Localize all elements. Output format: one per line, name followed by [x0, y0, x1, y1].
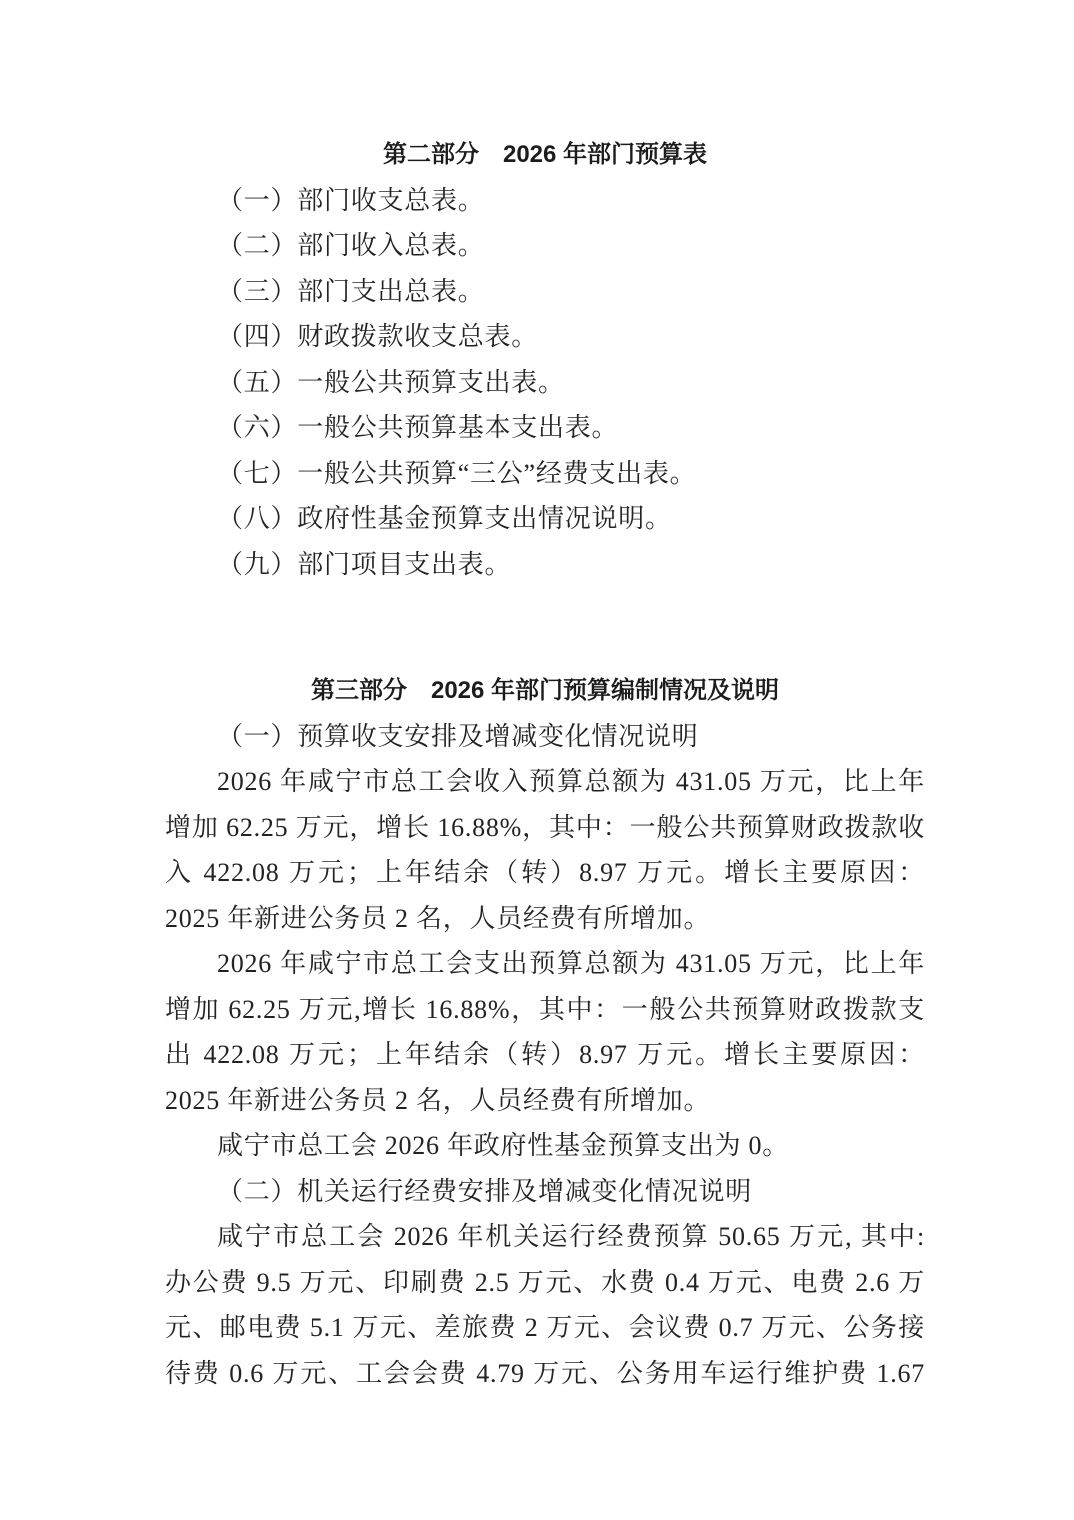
- section-part2-budget-tables: 第二部分 2026 年部门预算表 （一）部门收支总表。 （二）部门收入总表。 （…: [165, 132, 925, 587]
- part3-subheading-2: （二）机关运行经费安排及增减变化情况说明: [165, 1169, 925, 1215]
- part3-paragraph-gov-fund: 咸宁市总工会 2026 年政府性基金预算支出为 0。: [165, 1123, 925, 1169]
- part2-item-6: （六）一般公共预算基本支出表。: [165, 405, 925, 451]
- part2-item-4: （四）财政拨款收支总表。: [165, 314, 925, 360]
- document-page: 第二部分 2026 年部门预算表 （一）部门收支总表。 （二）部门收入总表。 （…: [0, 0, 1074, 1520]
- part3-paragraph-expenditure-budget: 2026 年咸宁市总工会支出预算总额为 431.05 万元，比上年增加 62.2…: [165, 941, 925, 1123]
- part3-paragraph-income-budget: 2026 年咸宁市总工会收入预算总额为 431.05 万元，比上年增加 62.2…: [165, 759, 925, 941]
- part2-item-1: （一）部门收支总表。: [165, 178, 925, 224]
- part2-item-8: （八）政府性基金预算支出情况说明。: [165, 496, 925, 542]
- part3-title: 第三部分 2026 年部门预算编制情况及说明: [165, 668, 925, 714]
- part2-item-7: （七）一般公共预算“三公”经费支出表。: [165, 451, 925, 497]
- part2-title: 第二部分 2026 年部门预算表: [165, 132, 925, 178]
- part2-item-9: （九）部门项目支出表。: [165, 542, 925, 588]
- part2-item-5: （五）一般公共预算支出表。: [165, 360, 925, 406]
- part2-item-3: （三）部门支出总表。: [165, 269, 925, 315]
- section-part3-budget-notes: 第三部分 2026 年部门预算编制情况及说明 （一）预算收支安排及增减变化情况说…: [165, 668, 925, 1396]
- part3-paragraph-operating-expenses: 咸宁市总工会 2026 年机关运行经费预算 50.65 万元, 其中: 办公费 …: [165, 1214, 925, 1396]
- part2-item-2: （二）部门收入总表。: [165, 223, 925, 269]
- part3-subheading-1: （一）预算收支安排及增减变化情况说明: [165, 714, 925, 760]
